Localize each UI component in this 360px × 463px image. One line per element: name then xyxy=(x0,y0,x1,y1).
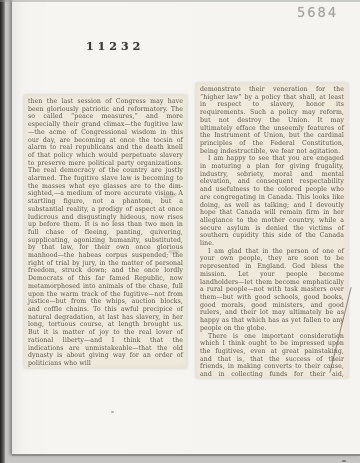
left-newspaper-clipping: then the last session of Congress may ha… xyxy=(24,95,187,368)
right-clipping-paragraph-1: demonstrate their veneration for the “hi… xyxy=(196,86,348,155)
page-speck xyxy=(111,411,114,413)
right-clipping-paragraph-3: I am glad that in the person of one of y… xyxy=(196,248,348,333)
scanned-document-page: 5684 11232 then the last session of Cong… xyxy=(0,0,360,463)
serial-number-stamp: 5684 xyxy=(297,6,338,21)
left-clipping-paragraph: then the last session of Congress may ha… xyxy=(24,98,187,368)
corner-speck xyxy=(342,460,346,462)
right-newspaper-clipping: demonstrate their veneration for the “hi… xyxy=(196,83,348,378)
right-clipping-paragraph-4: There is one important consideration whi… xyxy=(196,333,348,379)
right-clipping-paragraph-2: I am happy to see that you are engaged i… xyxy=(196,155,348,247)
paper-bottom-edge xyxy=(12,454,360,456)
catalog-number-stamp: 11232 xyxy=(86,40,144,53)
scan-top-edge xyxy=(0,0,360,2)
pencil-smudge-2 xyxy=(168,250,180,254)
binding-spine-shadow xyxy=(0,0,5,463)
